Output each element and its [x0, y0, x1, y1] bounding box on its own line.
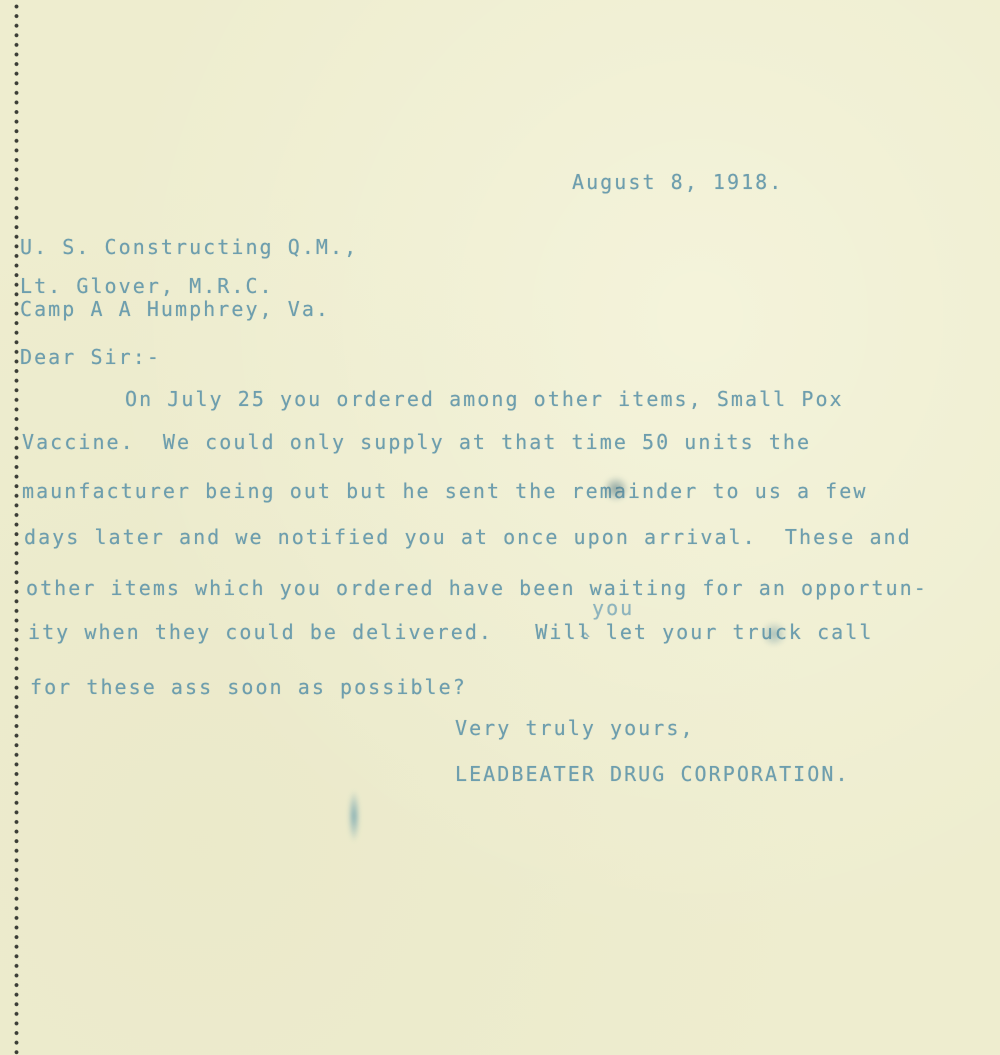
- body-line-7: for these ass soon as possible?: [30, 677, 467, 697]
- body-line-3: maunfacturer being out but he sent the r…: [22, 481, 867, 501]
- letter-page: August 8, 1918. U. S. Constructing Q.M.,…: [0, 0, 1000, 1055]
- body-line-1: On July 25 you ordered among other items…: [125, 389, 844, 409]
- body-line-6: ity when they could be delivered. Will l…: [28, 622, 873, 642]
- perforation-edge: [14, 0, 19, 1055]
- ink-blot: [760, 622, 788, 646]
- closing: Very truly yours,: [455, 718, 695, 738]
- recipient-line-1: U. S. Constructing Q.M.,: [20, 237, 358, 257]
- interlinear-insertion: you: [592, 598, 634, 618]
- body-line-4: days later and we notified you at once u…: [24, 527, 912, 547]
- body-line-5: other items which you ordered have been …: [26, 578, 928, 598]
- ink-smudge: [348, 790, 360, 842]
- salutation: Dear Sir:-: [20, 347, 161, 367]
- body-line-2: Vaccine. We could only supply at that ti…: [22, 432, 811, 452]
- signature-company: LEADBEATER DRUG CORPORATION.: [455, 764, 850, 784]
- recipient-line-2: Lt. Glover, M.R.C.: [20, 276, 274, 296]
- recipient-line-3: Camp A A Humphrey, Va.: [20, 299, 330, 319]
- letter-date: August 8, 1918.: [572, 172, 783, 192]
- ink-blot: [603, 476, 629, 502]
